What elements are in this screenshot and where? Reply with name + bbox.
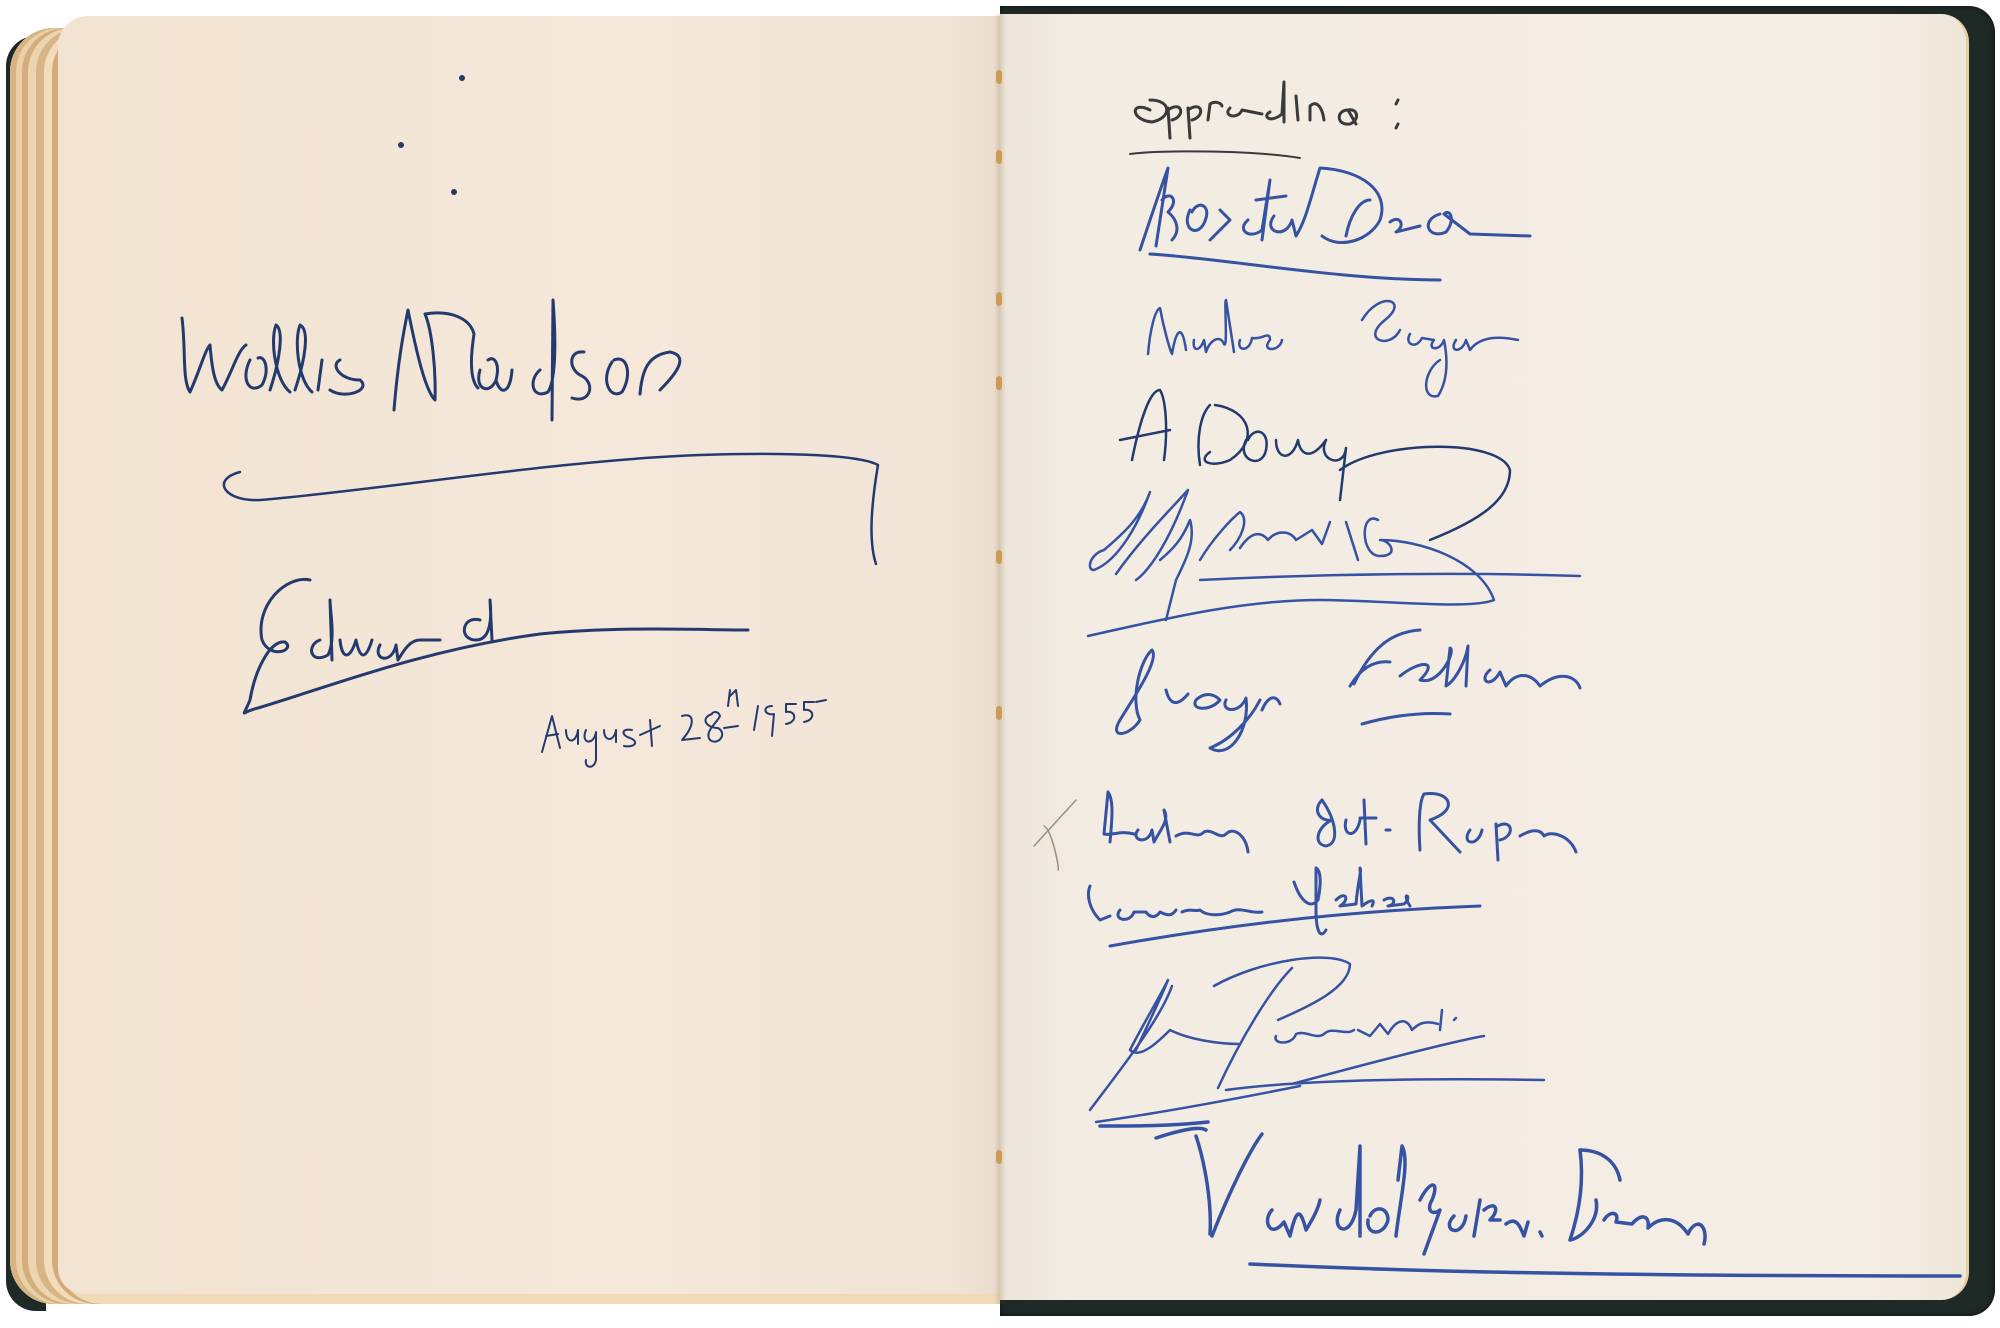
binding-stitch [996, 376, 1002, 390]
binding-stitch [996, 150, 1002, 164]
autograph-book: Wallis Windsor Edward August 28th 1955 O… [0, 0, 2000, 1328]
binding-stitch [996, 292, 1002, 306]
binding-gutter [994, 14, 1006, 1304]
binding-stitch [996, 70, 1002, 84]
left-page [58, 16, 1000, 1294]
binding-stitch [996, 706, 1002, 720]
binding-stitch [996, 550, 1002, 564]
binding-stitch [996, 1150, 1002, 1164]
